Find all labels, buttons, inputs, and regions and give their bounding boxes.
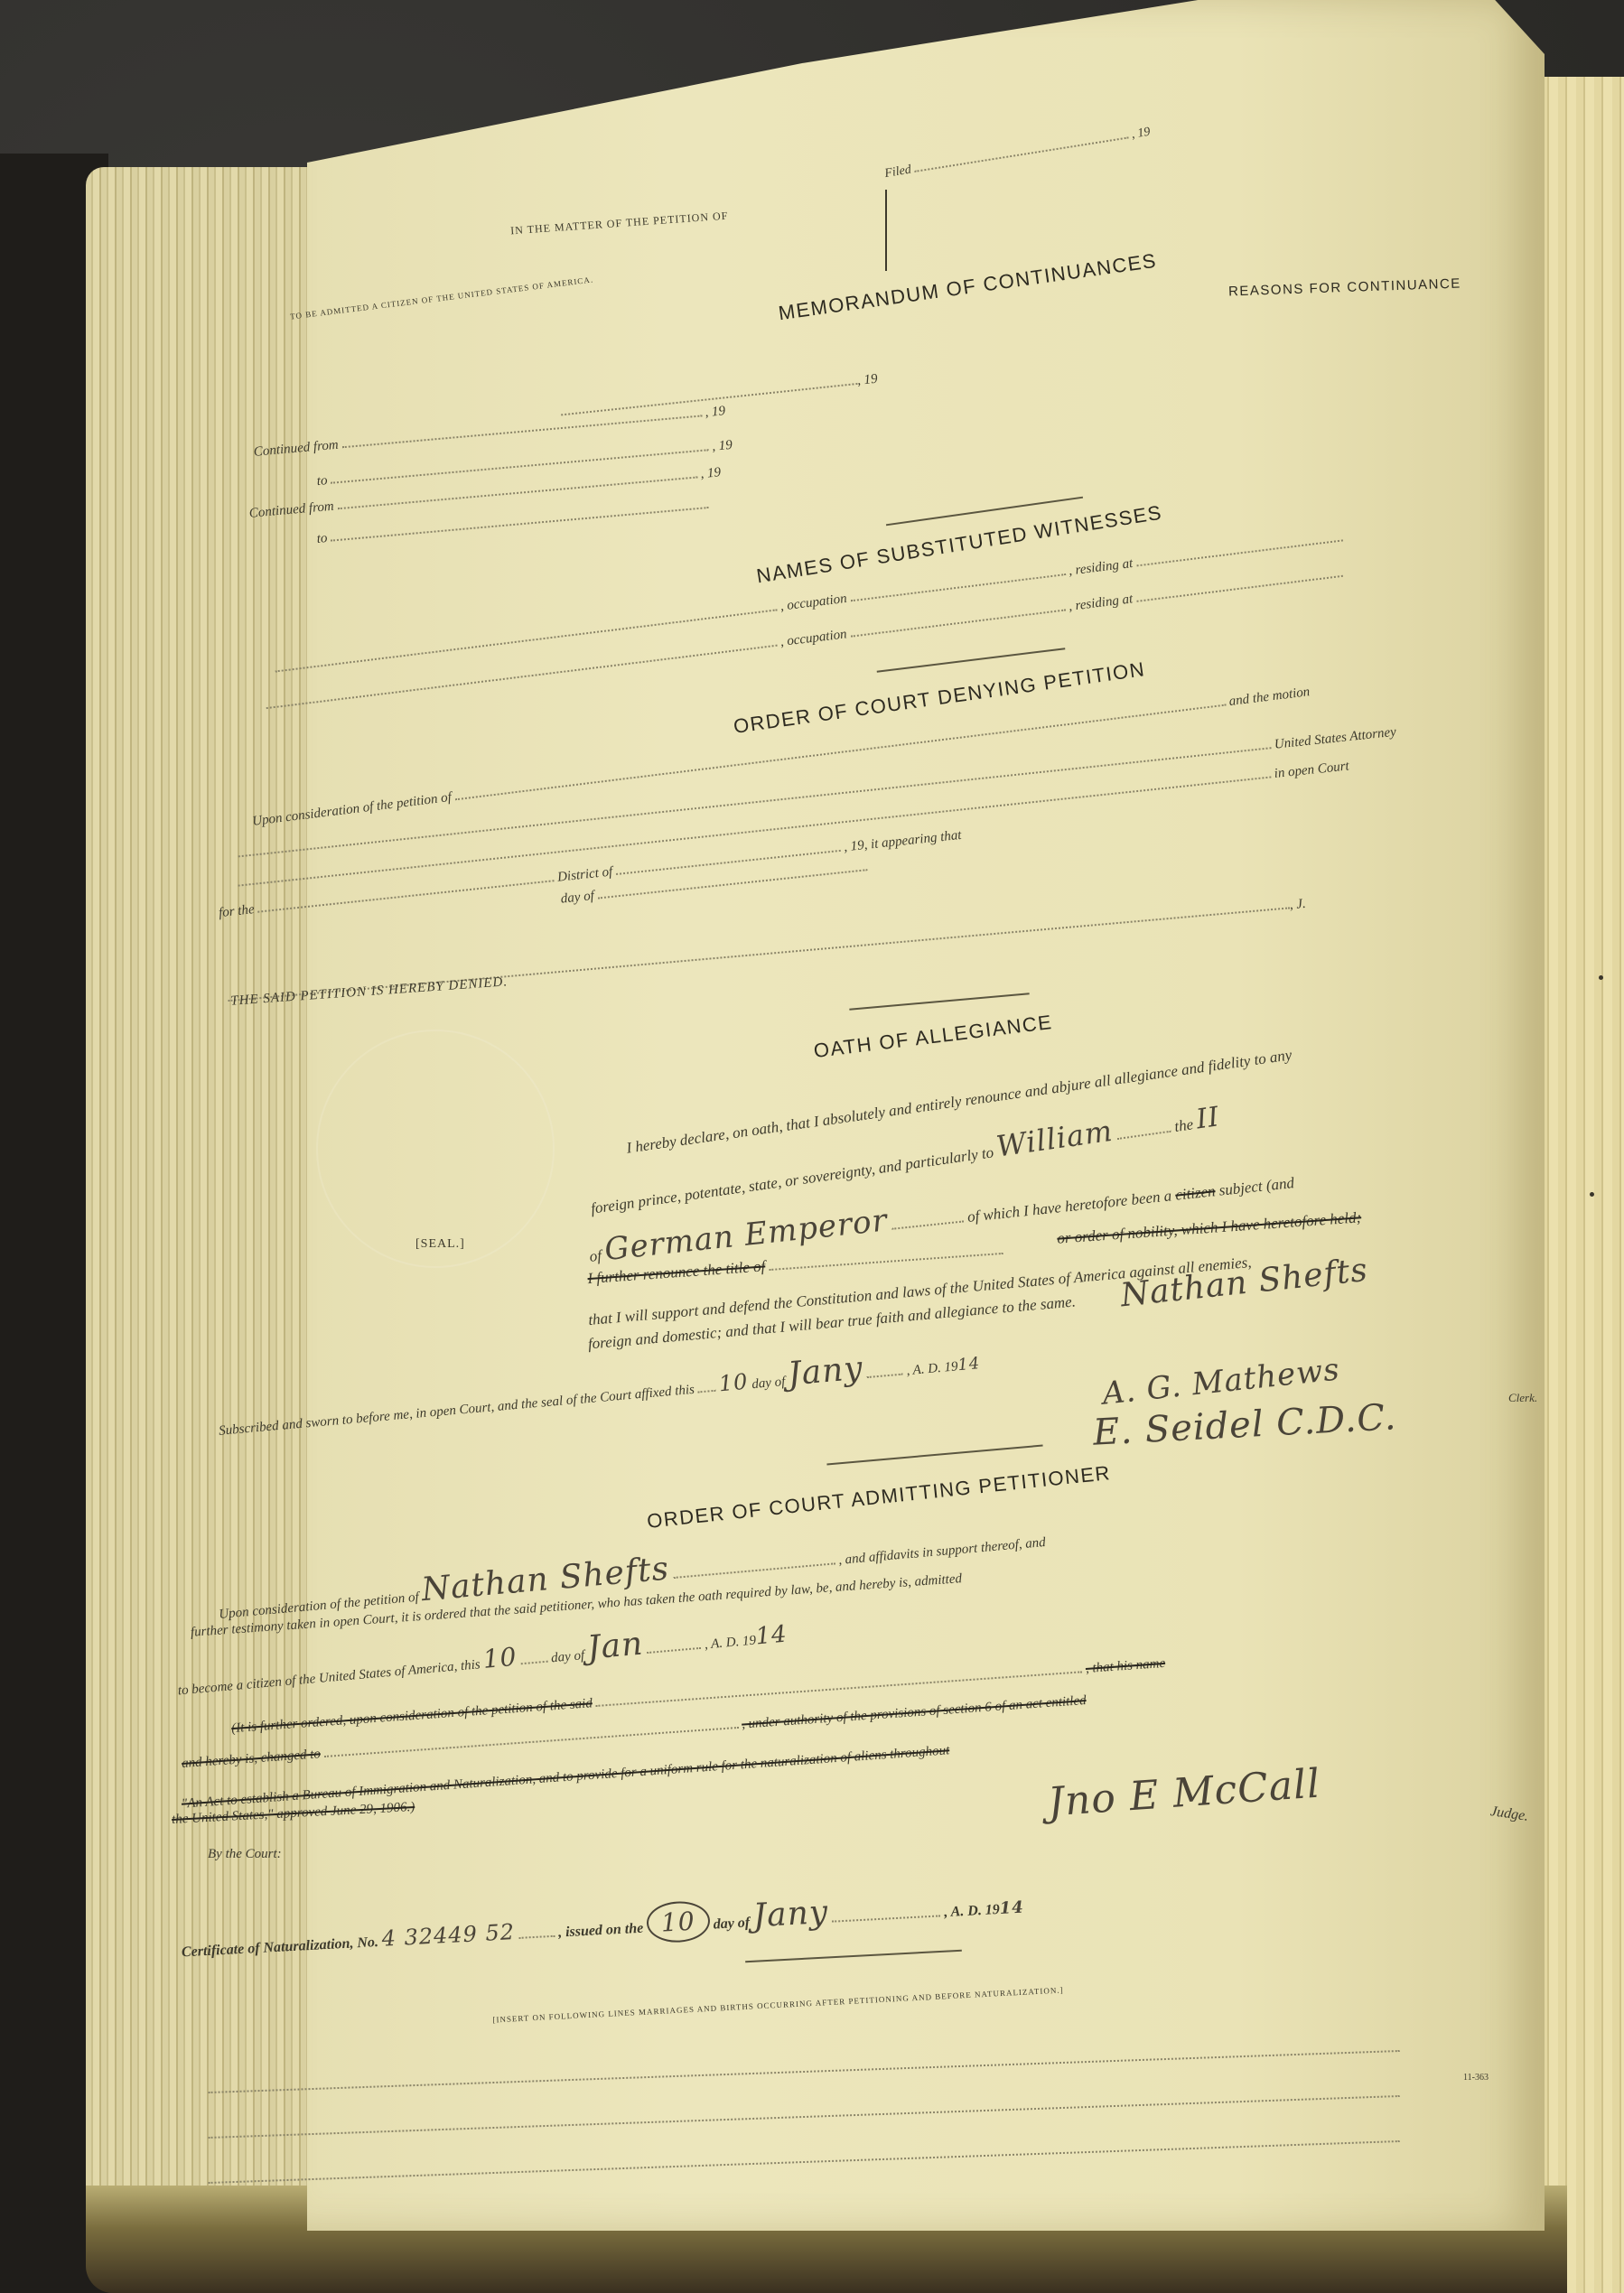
form-code: 11-363 bbox=[1463, 2073, 1489, 2083]
form-content: IN THE MATTER OF THE PETITION OF Filed ,… bbox=[334, 172, 1545, 2158]
admission-year: 14 bbox=[754, 1621, 789, 1651]
admitting-line-1: Upon consideration of the petition of Na… bbox=[217, 1517, 1047, 1627]
witness-row-1: , occupation , residing at bbox=[274, 531, 1343, 677]
issued-day: 10 bbox=[646, 1900, 711, 1944]
oath-month: Jany bbox=[787, 1349, 865, 1393]
witness-row-2: , occupation , residing at bbox=[265, 566, 1343, 713]
oath-title: OATH OF ALLEGIANCE bbox=[812, 1011, 1053, 1063]
witness-occupation-field-2[interactable] bbox=[850, 608, 1066, 637]
issued-year: 14 bbox=[999, 1898, 1024, 1918]
admitted-label: TO BE ADMITTED A CITIZEN OF THE UNITED S… bbox=[290, 275, 594, 321]
insert-note: [INSERT ON FOLLOWING LINES MARRIAGES AND… bbox=[492, 1985, 1064, 2024]
admitted-row: TO BE ADMITTED A CITIZEN OF THE UNITED S… bbox=[290, 275, 594, 321]
witness-residence-field-2[interactable] bbox=[1136, 574, 1343, 602]
handwritten-sovereign: William bbox=[994, 1114, 1115, 1164]
continuances-title: MEMORANDUM OF CONTINUANCES bbox=[777, 249, 1158, 326]
handwritten-numeral: II bbox=[1194, 1101, 1221, 1135]
clerk-label: Clerk. bbox=[1508, 1391, 1537, 1405]
admission-month: Jan bbox=[585, 1625, 644, 1666]
judge-label: Judge. bbox=[1489, 1804, 1529, 1825]
right-page-stack bbox=[1540, 77, 1624, 2293]
by-the-court: By the Court: bbox=[208, 1847, 282, 1862]
struck-citizen: citizen bbox=[1174, 1182, 1216, 1204]
witness-occupation-field[interactable] bbox=[850, 573, 1066, 601]
embossed-seal bbox=[316, 1030, 555, 1268]
dust-mark bbox=[1590, 1192, 1594, 1197]
seal-label: [SEAL.] bbox=[415, 1237, 465, 1252]
section-divider-3 bbox=[849, 993, 1029, 1010]
to-label: to bbox=[316, 473, 328, 489]
section-divider-2 bbox=[877, 648, 1066, 673]
continued-to-field-2[interactable] bbox=[331, 506, 709, 542]
dust-mark bbox=[1599, 975, 1603, 980]
judge-signature: Jno E McCall bbox=[1047, 1761, 1322, 1826]
continued-from-field[interactable] bbox=[341, 414, 702, 448]
to-label-2: to bbox=[316, 531, 328, 546]
filed-year: , 19 bbox=[1131, 126, 1152, 142]
oath-day: 10 bbox=[718, 1369, 750, 1397]
certificate-number: 4 32449 52 bbox=[381, 1919, 516, 1952]
admission-day: 10 bbox=[481, 1642, 518, 1674]
reasons-title: REASONS FOR CONTINUANCE bbox=[1228, 276, 1461, 300]
witness-residence-field[interactable] bbox=[1136, 538, 1343, 566]
issued-month: Jany bbox=[752, 1894, 829, 1934]
section-divider-5 bbox=[745, 1950, 962, 1963]
filed-label: Filed bbox=[883, 163, 912, 181]
section-divider-4 bbox=[826, 1445, 1042, 1466]
witness-name-field[interactable] bbox=[275, 608, 777, 672]
header-divider bbox=[885, 190, 887, 271]
